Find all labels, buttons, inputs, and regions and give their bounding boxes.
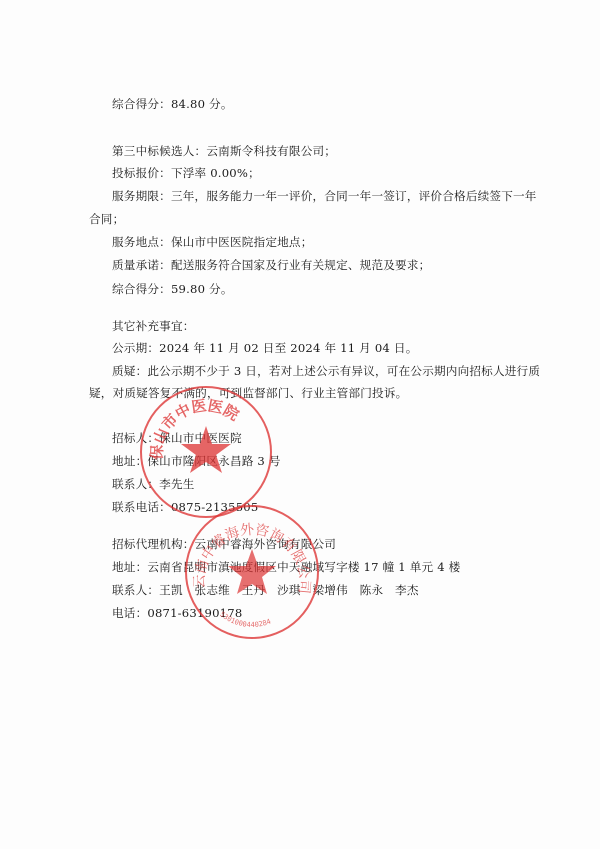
- third-candidate-service-period-cont: 合同；: [89, 211, 124, 227]
- third-candidate-score: 综合得分：59.80 分。: [112, 281, 233, 297]
- third-candidate-quality: 质量承诺：配送服务符合国家及行业有关规定、规范及要求；: [112, 257, 430, 273]
- prev-candidate-score: 综合得分：84.80 分。: [112, 96, 233, 112]
- agency-seal-code: 5301000440284: [218, 610, 272, 629]
- tenderer-seal: 保山市中医医院: [140, 386, 272, 518]
- third-candidate-bid-price: 投标报价：下浮率 0.00%；: [112, 165, 260, 181]
- third-candidate-service-period: 服务期限：三年，服务能力一年一评价，合同一年一签订，评价合格后续签下一年: [112, 188, 537, 204]
- svg-text:5301000440284: 5301000440284: [218, 610, 272, 629]
- publicity-period: 公示期：2024 年 11 月 02 日至 2024 年 11 月 04 日。: [112, 340, 418, 356]
- third-candidate-service-location: 服务地点：保山市中医医院指定地点；: [112, 234, 313, 250]
- red-star-icon: 保山市中医医院: [142, 388, 270, 516]
- agency-seal: 云南中睿海外咨询有限公司 5301000440284: [185, 505, 319, 639]
- third-candidate-name: 第三中标候选人：云南斯令科技有限公司；: [112, 143, 336, 159]
- red-star-icon: 云南中睿海外咨询有限公司 5301000440284: [187, 507, 317, 637]
- other-matters-heading: 其它补充事宜：: [112, 318, 195, 334]
- challenge-text: 质疑：此公示期不少于 3 日，若对上述公示有异议，可在公示期内向招标人进行质: [112, 363, 540, 379]
